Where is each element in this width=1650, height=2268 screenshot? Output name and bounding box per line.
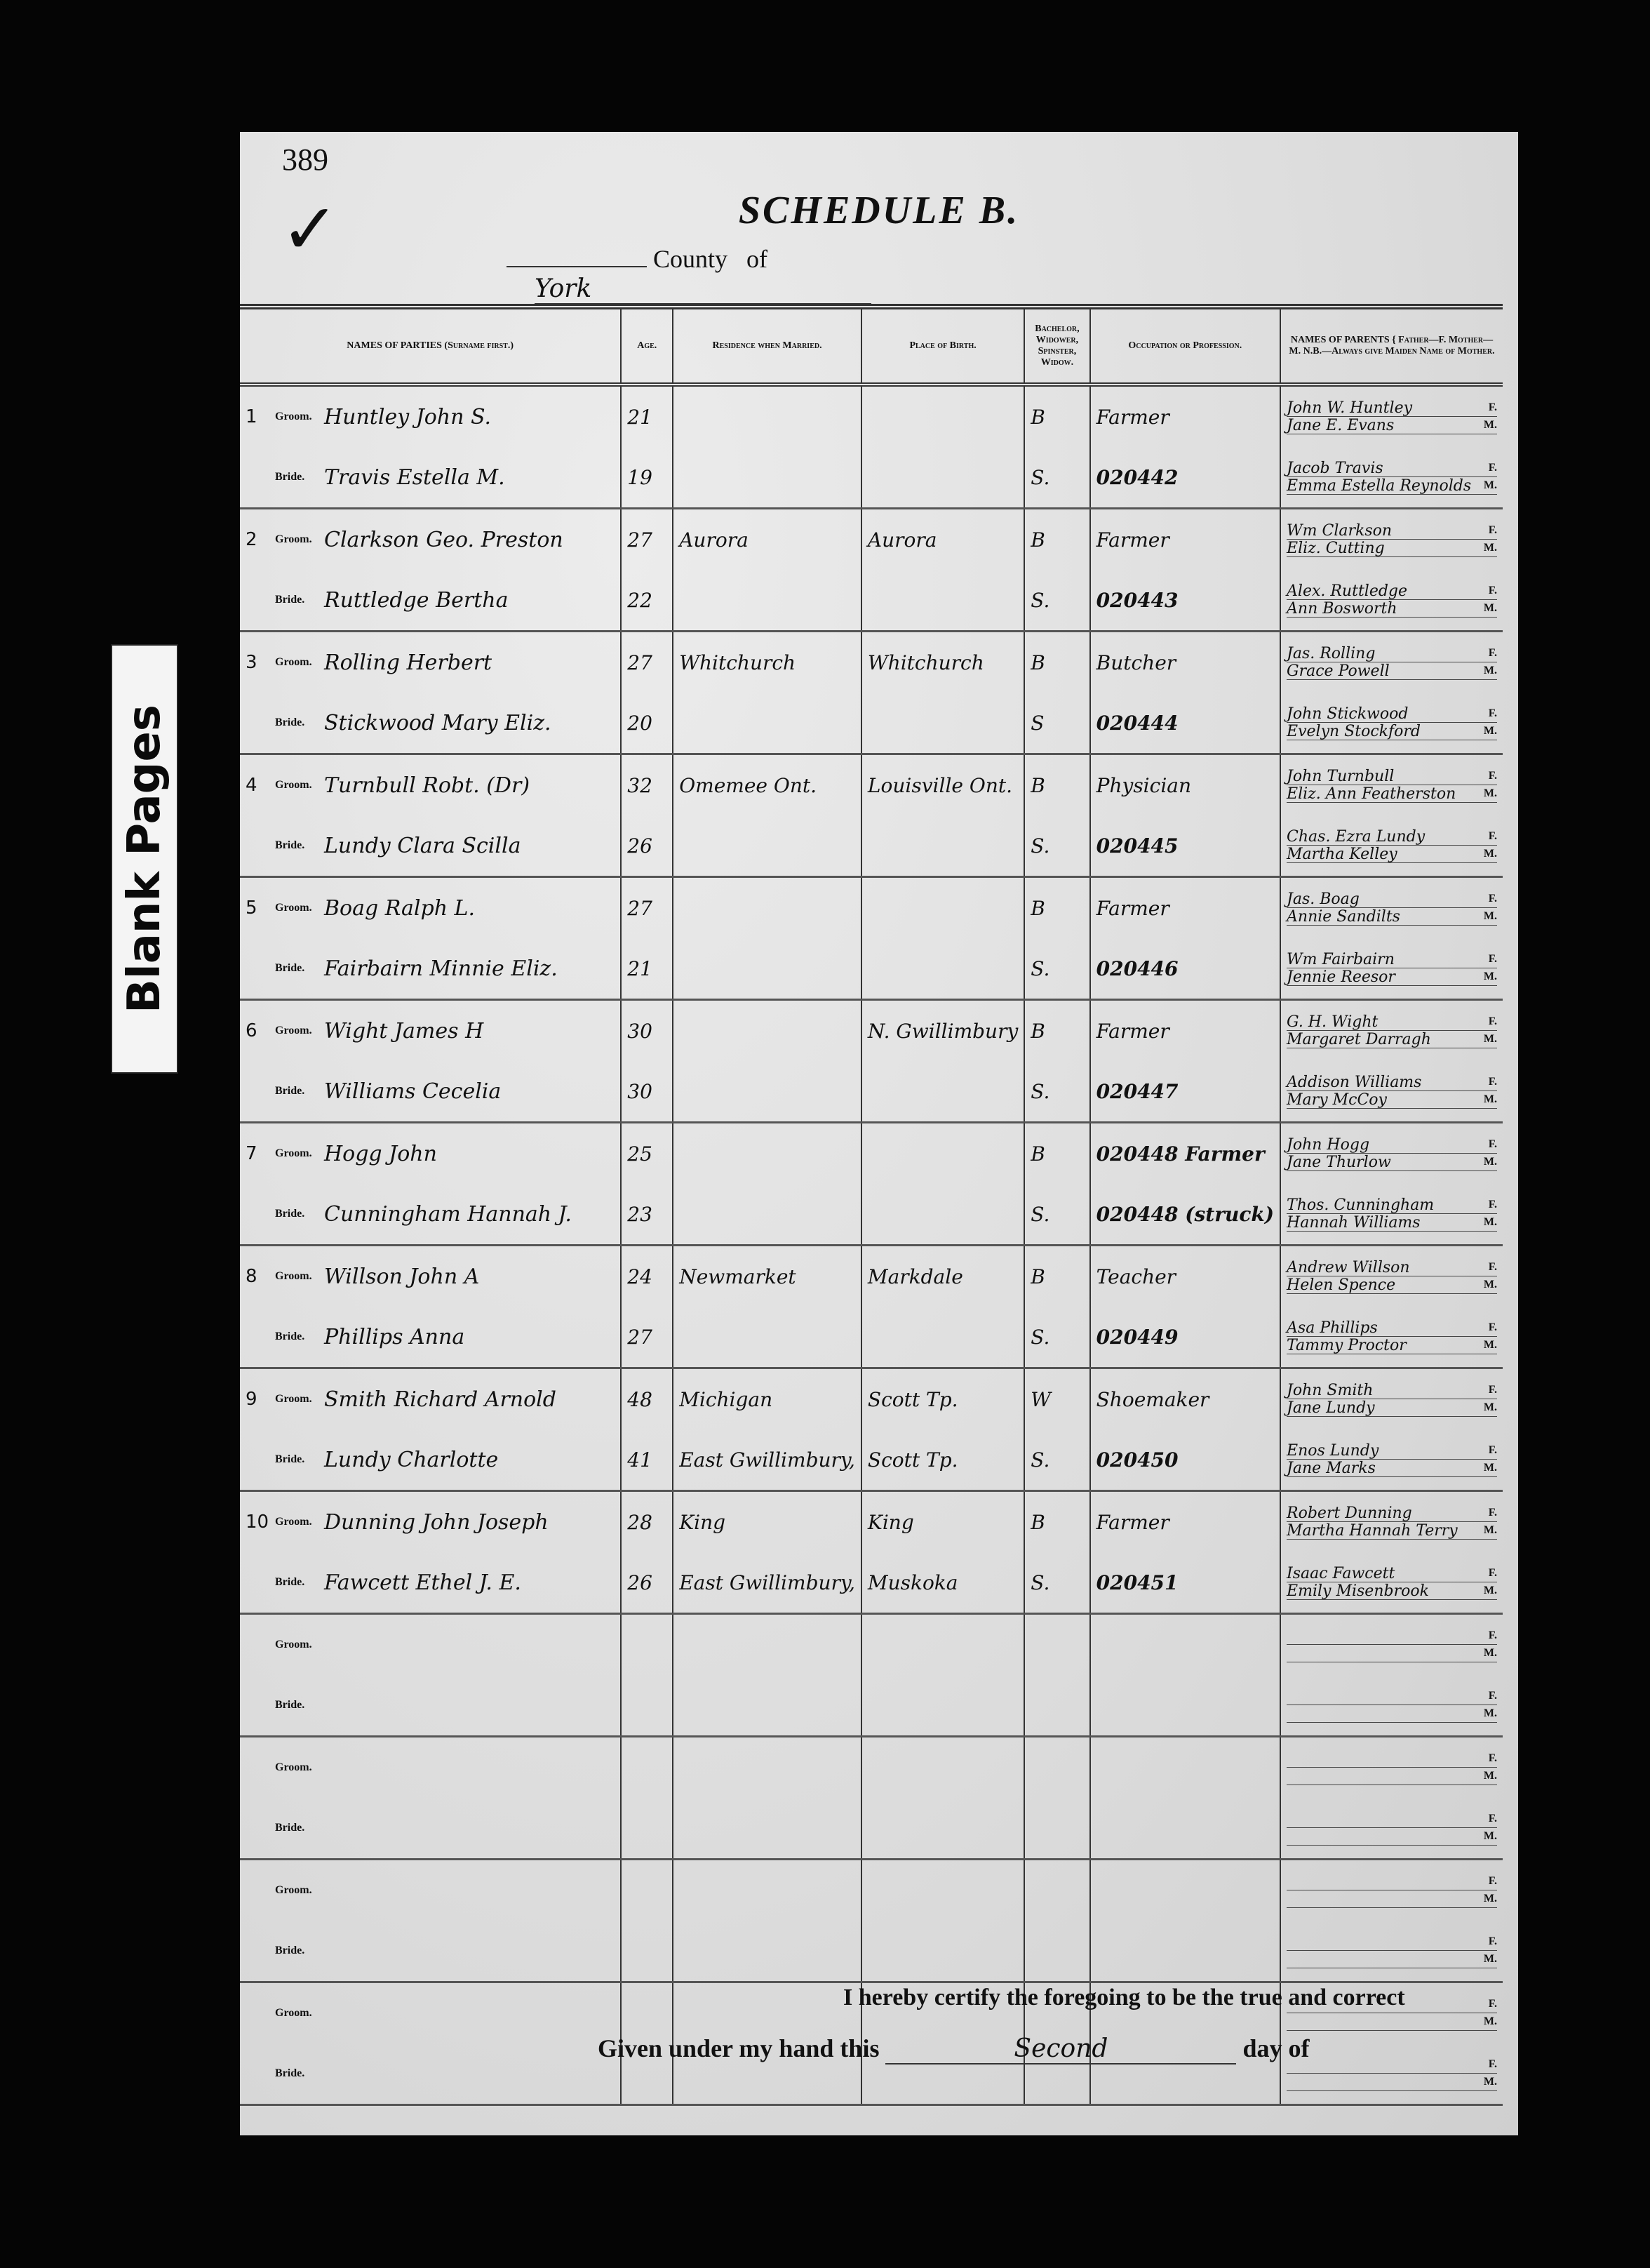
father-name: Isaac Fawcett	[1287, 1565, 1395, 1582]
role-label: Groom.	[275, 1270, 324, 1283]
table-row-groom: 2 Groom. Clarkson Geo. Preston27AuroraAu…	[240, 509, 1503, 571]
cell-occupation: 020443	[1090, 570, 1280, 632]
cell-age: 26	[621, 815, 673, 877]
cell-age: 32	[621, 754, 673, 816]
day-value: Second	[885, 2034, 1236, 2064]
cell-birthplace	[861, 877, 1024, 939]
cell-status: B	[1024, 1491, 1089, 1553]
cell-residence	[673, 1307, 861, 1368]
col-occupation: Occupation or Profession.	[1090, 307, 1280, 385]
party-name: Phillips Anna	[324, 1325, 464, 1349]
party-name: Fairbairn Minnie Eliz.	[324, 956, 558, 981]
role-label: Bride.	[275, 962, 324, 975]
cell-birthplace	[861, 385, 1024, 447]
cell-status	[1024, 1737, 1089, 1799]
cell-parents: Wm FairbairnF. Jennie ReesorM.	[1280, 938, 1503, 1000]
entry-number: 9	[246, 1389, 275, 1410]
role-label: Bride.	[275, 1453, 324, 1466]
role-label: Bride.	[275, 1945, 324, 1957]
role-label: Bride.	[275, 1822, 324, 1834]
cell-status: S.	[1024, 1184, 1089, 1246]
county-line: County of York	[507, 244, 1138, 305]
col-residence: Residence when Married.	[673, 307, 861, 385]
entry-number: 5	[246, 898, 275, 919]
entry-number: 6	[246, 1020, 275, 1041]
cell-age: 27	[621, 632, 673, 693]
party-name: Smith Richard Arnold	[324, 1387, 556, 1412]
cell-occupation: Farmer	[1090, 385, 1280, 447]
cell-birthplace	[861, 1798, 1024, 1860]
cell-status	[1024, 1675, 1089, 1737]
cell-residence	[673, 385, 861, 447]
father-name: G. H. Wight	[1287, 1013, 1378, 1031]
cell-residence: Michigan	[673, 1368, 861, 1430]
father-name: Andrew Willson	[1287, 1259, 1410, 1276]
cell-age: 22	[621, 570, 673, 632]
cell-parents: Enos LundyF. Jane MarksM.	[1280, 1429, 1503, 1491]
table-row-bride: Bride. Lundy Charlotte41East Gwillimbury…	[240, 1429, 1503, 1491]
cell-age: 21	[621, 938, 673, 1000]
mother-name: Eliz. Ann Featherston	[1287, 785, 1456, 803]
cell-birthplace	[861, 1921, 1024, 1982]
entry-number: 10	[246, 1512, 275, 1533]
cell-parents: Jacob TravisF. Emma Estella ReynoldsM.	[1280, 447, 1503, 509]
mother-name: Hannah Williams	[1287, 1214, 1421, 1232]
cell-parents: John TurnbullF. Eliz. Ann FeatherstonM.	[1280, 754, 1503, 816]
cell-parents: Thos. CunninghamF. Hannah WilliamsM.	[1280, 1184, 1503, 1246]
cell-occupation: Butcher	[1090, 632, 1280, 693]
father-name: Enos Lundy	[1287, 1442, 1379, 1460]
party-name: Boag Ralph L.	[324, 896, 475, 921]
cell-parents: Jas. RollingF. Grace PowellM.	[1280, 632, 1503, 693]
cell-occupation: 020450	[1090, 1429, 1280, 1491]
cell-status: S.	[1024, 447, 1089, 509]
role-label: Groom.	[275, 1516, 324, 1528]
table-row-bride: Bride. Stickwood Mary Eliz.20S020444 Joh…	[240, 693, 1503, 754]
cell-parents: F. M.	[1280, 1860, 1503, 1921]
cell-age	[621, 1798, 673, 1860]
table-row-bride: Bride. Fairbairn Minnie Eliz.21S.020446 …	[240, 938, 1503, 1000]
cell-occupation: 020448 (struck)	[1090, 1184, 1280, 1246]
cell-status: B	[1024, 1246, 1089, 1307]
cell-parents: John SmithF. Jane LundyM.	[1280, 1368, 1503, 1430]
father-name: Alex. Ruttledge	[1287, 582, 1407, 600]
certification-text: I hereby certify the foregoing to be the…	[843, 1984, 1405, 2011]
mother-name: Jane Marks	[1287, 1460, 1376, 1477]
party-name: Travis Estella M.	[324, 465, 505, 490]
table-row-bride: Bride. F. M.	[240, 1798, 1503, 1860]
role-label: Groom.	[275, 1884, 324, 1897]
table-row-groom: 3 Groom. Rolling Herbert27WhitchurchWhit…	[240, 632, 1503, 693]
cell-age: 26	[621, 1552, 673, 1614]
role-label: Groom.	[275, 902, 324, 914]
cell-birthplace	[861, 938, 1024, 1000]
role-label: Bride.	[275, 1085, 324, 1098]
cell-parents: Jas. BoagF. Annie SandiltsM.	[1280, 877, 1503, 939]
table-row-groom: 4 Groom. Turnbull Robt. (Dr)32Omemee Ont…	[240, 754, 1503, 816]
cell-residence: King	[673, 1491, 861, 1553]
cell-residence	[673, 1860, 861, 1921]
cell-parents: F. M.	[1280, 1921, 1503, 1982]
mother-name: Helen Spence	[1287, 1276, 1395, 1294]
cell-status: B	[1024, 632, 1089, 693]
father-name: Jacob Travis	[1287, 460, 1383, 477]
cell-birthplace	[861, 570, 1024, 632]
table-row-bride: Bride. Phillips Anna27S.020449 Asa Phill…	[240, 1307, 1503, 1368]
col-age: Age.	[621, 307, 673, 385]
cell-birthplace: King	[861, 1491, 1024, 1553]
role-label: Bride.	[275, 839, 324, 852]
cell-parents: F. M.	[1280, 2043, 1503, 2105]
cell-occupation: Physician	[1090, 754, 1280, 816]
cell-status: S	[1024, 693, 1089, 754]
cell-residence: Omemee Ont.	[673, 754, 861, 816]
cell-birthplace: Muskoka	[861, 1552, 1024, 1614]
party-name: Stickwood Mary Eliz.	[324, 711, 551, 735]
role-label: Groom.	[275, 1639, 324, 1651]
mother-name: Martha Hannah Terry	[1287, 1522, 1458, 1540]
table-row-groom: 9 Groom. Smith Richard Arnold48MichiganS…	[240, 1368, 1503, 1430]
cell-age: 27	[621, 1307, 673, 1368]
cell-birthplace	[861, 1061, 1024, 1123]
mother-name: Emma Estella Reynolds	[1287, 477, 1471, 495]
mother-name: Evelyn Stockford	[1287, 723, 1421, 740]
col-names: NAMES OF PARTIES (Surname first.)	[240, 307, 621, 385]
table-row-groom: Groom. F. M.	[240, 1860, 1503, 1921]
entry-number: 8	[246, 1266, 275, 1287]
cell-parents: Isaac FawcettF. Emily MisenbrookM.	[1280, 1552, 1503, 1614]
father-name: Asa Phillips	[1287, 1319, 1378, 1337]
header-row: NAMES OF PARTIES (Surname first.) Age. R…	[240, 307, 1503, 385]
table-row-groom: 1 Groom. Huntley John S.21BFarmer John W…	[240, 385, 1503, 447]
cell-parents: Alex. RuttledgeF. Ann BosworthM.	[1280, 570, 1503, 632]
cell-birthplace	[861, 1737, 1024, 1799]
table-row-bride: Bride. Travis Estella M.19S.020442 Jacob…	[240, 447, 1503, 509]
mother-name: Jane Thurlow	[1287, 1154, 1391, 1171]
cell-residence	[673, 877, 861, 939]
mother-name: Tammy Proctor	[1287, 1337, 1407, 1354]
cell-occupation: 020447	[1090, 1061, 1280, 1123]
cell-birthplace	[861, 447, 1024, 509]
cell-parents: F. M.	[1280, 1675, 1503, 1737]
cell-residence	[673, 1123, 861, 1185]
cell-residence	[673, 938, 861, 1000]
father-name: Wm Fairbairn	[1287, 951, 1395, 968]
cell-parents: Addison WilliamsF. Mary McCoyM.	[1280, 1061, 1503, 1123]
cell-age	[621, 1737, 673, 1799]
party-name: Clarkson Geo. Preston	[324, 528, 563, 552]
cell-age: 23	[621, 1184, 673, 1246]
cell-parents: John StickwoodF. Evelyn StockfordM.	[1280, 693, 1503, 754]
cell-parents: John HoggF. Jane ThurlowM.	[1280, 1123, 1503, 1185]
mother-name: Jane E. Evans	[1287, 417, 1394, 434]
mother-name: Grace Powell	[1287, 662, 1390, 680]
cell-age	[621, 1860, 673, 1921]
page-number: 389	[282, 142, 328, 178]
cell-birthplace	[861, 1184, 1024, 1246]
table-row-groom: 8 Groom. Willson John A24NewmarketMarkda…	[240, 1246, 1503, 1307]
cell-residence	[673, 570, 861, 632]
cell-status: S.	[1024, 1307, 1089, 1368]
cell-status: S.	[1024, 938, 1089, 1000]
party-name: Huntley John S.	[324, 405, 491, 429]
role-label: Groom.	[275, 533, 324, 546]
entry-number: 4	[246, 775, 275, 796]
party-name: Fawcett Ethel J. E.	[324, 1570, 521, 1595]
cell-birthplace: N. Gwillimbury	[861, 1000, 1024, 1062]
cell-birthplace	[861, 1860, 1024, 1921]
mother-name: Margaret Darragh	[1287, 1031, 1431, 1048]
entry-number: 7	[246, 1143, 275, 1164]
mother-name: Emily Misenbrook	[1287, 1582, 1429, 1600]
father-name: Addison Williams	[1287, 1074, 1421, 1091]
role-label: Groom.	[275, 1147, 324, 1160]
cell-occupation	[1090, 1860, 1280, 1921]
table-row-groom: 7 Groom. Hogg John25B020448 Farmer John …	[240, 1123, 1503, 1185]
cell-age: 24	[621, 1246, 673, 1307]
cell-occupation: Farmer	[1090, 509, 1280, 571]
cell-residence: Whitchurch	[673, 632, 861, 693]
father-name: Robert Dunning	[1287, 1505, 1412, 1522]
table-row-groom: 5 Groom. Boag Ralph L.27BFarmer Jas. Boa…	[240, 877, 1503, 939]
cell-birthplace	[861, 1675, 1024, 1737]
cell-residence	[673, 1184, 861, 1246]
cell-status: B	[1024, 509, 1089, 571]
cell-status: B	[1024, 1123, 1089, 1185]
party-name: Williams Cecelia	[324, 1079, 501, 1104]
cell-parents: John W. HuntleyF. Jane E. EvansM.	[1280, 385, 1503, 447]
role-label: Groom.	[275, 411, 324, 423]
mother-name: Jennie Reesor	[1287, 968, 1395, 986]
col-status: Bachelor, Widower, Spinster, Widow.	[1024, 307, 1089, 385]
cell-residence: East Gwillimbury,	[673, 1429, 861, 1491]
party-name: Hogg John	[324, 1142, 437, 1166]
cell-status	[1024, 1860, 1089, 1921]
role-label: Bride.	[275, 594, 324, 606]
marriage-register-table: NAMES OF PARTIES (Surname first.) Age. R…	[240, 304, 1503, 2106]
cell-status: B	[1024, 877, 1089, 939]
role-label: Bride.	[275, 471, 324, 483]
cell-residence	[673, 693, 861, 754]
col-birthplace: Place of Birth.	[861, 307, 1024, 385]
cell-occupation: Teacher	[1090, 1246, 1280, 1307]
cell-occupation: 020442	[1090, 447, 1280, 509]
cell-residence	[673, 1061, 861, 1123]
cell-birthplace: Markdale	[861, 1246, 1024, 1307]
table-row-groom: Groom. F. M.	[240, 1737, 1503, 1799]
party-name: Wight James H	[324, 1019, 483, 1043]
cell-residence	[673, 1921, 861, 1982]
cell-residence	[673, 447, 861, 509]
cell-occupation	[1090, 1737, 1280, 1799]
cell-birthplace: Whitchurch	[861, 632, 1024, 693]
party-name: Lundy Charlotte	[324, 1448, 498, 1472]
cell-occupation	[1090, 1921, 1280, 1982]
page-title: SCHEDULE B.	[240, 188, 1518, 233]
party-name: Lundy Clara Scilla	[324, 834, 521, 858]
cell-residence	[673, 1614, 861, 1676]
table-row-bride: Bride. Fawcett Ethel J. E.26East Gwillim…	[240, 1552, 1503, 1614]
father-name: Wm Clarkson	[1287, 522, 1392, 540]
cell-age: 27	[621, 509, 673, 571]
table-row-bride: Bride. Ruttledge Bertha22S.020443 Alex. …	[240, 570, 1503, 632]
father-name: Chas. Ezra Lundy	[1287, 828, 1425, 846]
role-label: Bride.	[275, 1330, 324, 1343]
cell-birthplace: Aurora	[861, 509, 1024, 571]
cell-age: 41	[621, 1429, 673, 1491]
col-parents: NAMES OF PARENTS { Father—F. Mother—M. N…	[1280, 307, 1503, 385]
party-name: Willson John A	[324, 1265, 479, 1289]
cell-parents: Wm ClarksonF. Eliz. CuttingM.	[1280, 509, 1503, 571]
role-label: Bride.	[275, 1208, 324, 1220]
cell-residence	[673, 1737, 861, 1799]
father-name: John Hogg	[1287, 1136, 1369, 1154]
cell-occupation	[1090, 1614, 1280, 1676]
cell-occupation: Shoemaker	[1090, 1368, 1280, 1430]
cell-residence	[673, 1675, 861, 1737]
role-label: Groom.	[275, 1025, 324, 1037]
cell-occupation: 020444	[1090, 693, 1280, 754]
cell-age	[621, 1675, 673, 1737]
cell-occupation: 020451	[1090, 1552, 1280, 1614]
cell-occupation: 020449	[1090, 1307, 1280, 1368]
given-line: Given under my hand this Second day of	[598, 2034, 1309, 2064]
cell-status: B	[1024, 1000, 1089, 1062]
cell-age: 21	[621, 385, 673, 447]
cell-occupation: Farmer	[1090, 1491, 1280, 1553]
cell-occupation: 020446	[1090, 938, 1280, 1000]
cell-status: W	[1024, 1368, 1089, 1430]
party-name: Turnbull Robt. (Dr)	[324, 773, 530, 798]
cell-age: 28	[621, 1491, 673, 1553]
cell-birthplace	[861, 1123, 1024, 1185]
cell-parents: Andrew WillsonF. Helen SpenceM.	[1280, 1246, 1503, 1307]
role-label: Bride.	[275, 2067, 324, 2080]
table-row-groom: Groom. F. M.	[240, 1614, 1503, 1676]
party-name: Dunning John Joseph	[324, 1510, 549, 1535]
role-label: Bride.	[275, 1699, 324, 1712]
cell-age: 25	[621, 1123, 673, 1185]
cell-status: S.	[1024, 815, 1089, 877]
role-label: Groom.	[275, 656, 324, 669]
cell-age: 19	[621, 447, 673, 509]
cell-parents: Chas. Ezra LundyF. Martha KelleyM.	[1280, 815, 1503, 877]
cell-occupation: 020445	[1090, 815, 1280, 877]
cell-birthplace: Scott Tp.	[861, 1429, 1024, 1491]
cell-parents: F. M.	[1280, 1614, 1503, 1676]
mother-name: Annie Sandilts	[1287, 908, 1400, 926]
cell-birthplace	[861, 1614, 1024, 1676]
mother-name: Eliz. Cutting	[1287, 540, 1385, 557]
cell-age	[621, 1921, 673, 1982]
father-name: Jas. Boag	[1287, 890, 1360, 908]
cell-residence: Aurora	[673, 509, 861, 571]
cell-parents: Robert DunningF. Martha Hannah TerryM.	[1280, 1491, 1503, 1553]
cell-parents: G. H. WightF. Margaret DarraghM.	[1280, 1000, 1503, 1062]
cell-occupation: Farmer	[1090, 877, 1280, 939]
party-name: Ruttledge Bertha	[324, 588, 508, 613]
role-label: Bride.	[275, 716, 324, 729]
entry-number: 3	[246, 652, 275, 673]
party-name: Cunningham Hannah J.	[324, 1202, 572, 1227]
father-name: Thos. Cunningham	[1287, 1196, 1434, 1214]
cell-status: S.	[1024, 1429, 1089, 1491]
mother-name: Ann Bosworth	[1287, 600, 1397, 618]
cell-parents: F. M.	[1280, 1798, 1503, 1860]
cell-occupation: 020448 Farmer	[1090, 1123, 1280, 1185]
role-label: Groom.	[275, 779, 324, 792]
cell-residence	[673, 1000, 861, 1062]
cell-residence	[673, 815, 861, 877]
table-row-groom: 10 Groom. Dunning John Joseph28KingKingB…	[240, 1491, 1503, 1553]
cell-status: S.	[1024, 1061, 1089, 1123]
cell-status: B	[1024, 385, 1089, 447]
cell-birthplace	[861, 815, 1024, 877]
cell-birthplace	[861, 693, 1024, 754]
cell-age: 30	[621, 1061, 673, 1123]
cell-age: 20	[621, 693, 673, 754]
cell-residence: Newmarket	[673, 1246, 861, 1307]
entry-number: 1	[246, 406, 275, 427]
role-label: Groom.	[275, 1761, 324, 1774]
father-name: Jas. Rolling	[1287, 645, 1375, 662]
role-label: Groom.	[275, 2007, 324, 2020]
cell-birthplace: Louisville Ont.	[861, 754, 1024, 816]
cell-occupation: Farmer	[1090, 1000, 1280, 1062]
cell-residence	[673, 1798, 861, 1860]
cell-status	[1024, 1921, 1089, 1982]
mother-name: Martha Kelley	[1287, 846, 1397, 863]
cell-occupation	[1090, 1798, 1280, 1860]
table-row-bride: Bride. Cunningham Hannah J.23S.020448 (s…	[240, 1184, 1503, 1246]
cell-status: S.	[1024, 1552, 1089, 1614]
blank-pages-tab: Blank Pages	[111, 644, 178, 1074]
cell-status: B	[1024, 754, 1089, 816]
mother-name: Mary McCoy	[1287, 1091, 1387, 1109]
father-name: John Turnbull	[1287, 768, 1394, 785]
cell-age: 27	[621, 877, 673, 939]
cell-age	[621, 1614, 673, 1676]
role-label: Groom.	[275, 1393, 324, 1406]
cell-age: 30	[621, 1000, 673, 1062]
cell-status: S.	[1024, 570, 1089, 632]
register-page: 389 ✓ SCHEDULE B. County of York NAMES O…	[240, 132, 1518, 2135]
cell-age: 48	[621, 1368, 673, 1430]
table-row-groom: 6 Groom. Wight James H30N. GwillimburyBF…	[240, 1000, 1503, 1062]
cell-residence: East Gwillimbury,	[673, 1552, 861, 1614]
cell-status	[1024, 1614, 1089, 1676]
table-row-bride: Bride. Williams Cecelia30S.020447 Addiso…	[240, 1061, 1503, 1123]
county-value: York	[535, 274, 871, 305]
role-label: Bride.	[275, 1576, 324, 1589]
mother-name: Jane Lundy	[1287, 1399, 1375, 1417]
party-name: Rolling Herbert	[324, 651, 492, 675]
father-name: John Smith	[1287, 1382, 1373, 1399]
cell-parents: F. M.	[1280, 1737, 1503, 1799]
cell-status	[1024, 1798, 1089, 1860]
table-row-bride: Bride. F. M.	[240, 1921, 1503, 1982]
cell-birthplace: Scott Tp.	[861, 1368, 1024, 1430]
cell-occupation	[1090, 1675, 1280, 1737]
table-row-bride: Bride. F. M.	[240, 1675, 1503, 1737]
father-name: John Stickwood	[1287, 705, 1408, 723]
table-row-bride: Bride. Lundy Clara Scilla26S.020445 Chas…	[240, 815, 1503, 877]
cell-birthplace	[861, 1307, 1024, 1368]
cell-parents: Asa PhillipsF. Tammy ProctorM.	[1280, 1307, 1503, 1368]
entry-number: 2	[246, 529, 275, 550]
father-name: John W. Huntley	[1287, 399, 1412, 417]
